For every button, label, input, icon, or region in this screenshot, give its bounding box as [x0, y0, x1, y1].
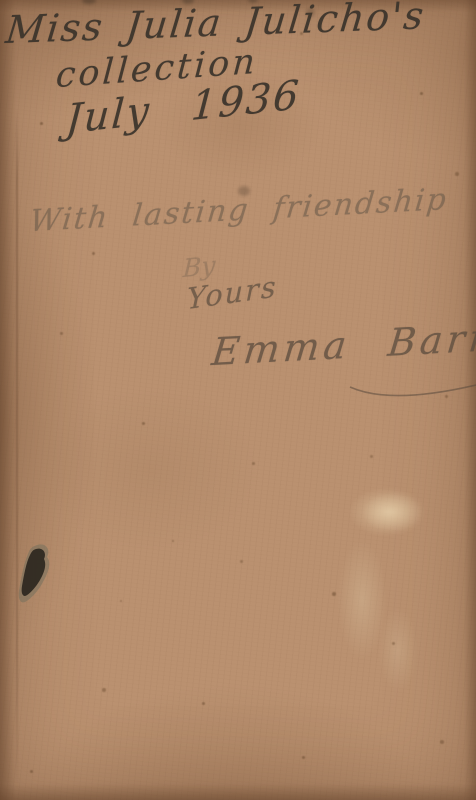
paper-smudge: [238, 186, 250, 196]
paper-speck: [40, 122, 43, 125]
paper-speck: [172, 540, 174, 542]
paper-speck: [302, 756, 305, 759]
handwriting-signature: Emma Barne: [210, 314, 476, 375]
paper-speck: [142, 422, 145, 425]
paper-speck: [92, 252, 95, 255]
paper-speck: [252, 462, 255, 465]
paper-speck: [370, 455, 373, 458]
paper-speck: [120, 600, 122, 602]
paper-speck: [102, 688, 106, 692]
signature-underline-flourish: [348, 381, 476, 405]
paper-speck: [392, 642, 395, 645]
paper-smudge: [82, 0, 96, 4]
paper-speck: [455, 172, 459, 176]
ink-blot: [16, 542, 58, 606]
aged-paper-inscription-photo: Miss Julia Julicho's collection July 193…: [0, 0, 476, 800]
paper-speck: [445, 395, 448, 398]
paper-crease-line: [16, 110, 18, 790]
paper-speck: [60, 332, 63, 335]
paper-speck: [440, 740, 444, 744]
paper-speck: [420, 92, 423, 95]
paper-smudge: [306, 8, 315, 17]
paper-speck: [240, 560, 243, 563]
light-stain: [362, 492, 422, 532]
paper-speck: [300, 32, 303, 35]
paper-speck: [30, 770, 33, 773]
paper-speck: [332, 592, 336, 596]
paper-speck: [202, 702, 205, 705]
